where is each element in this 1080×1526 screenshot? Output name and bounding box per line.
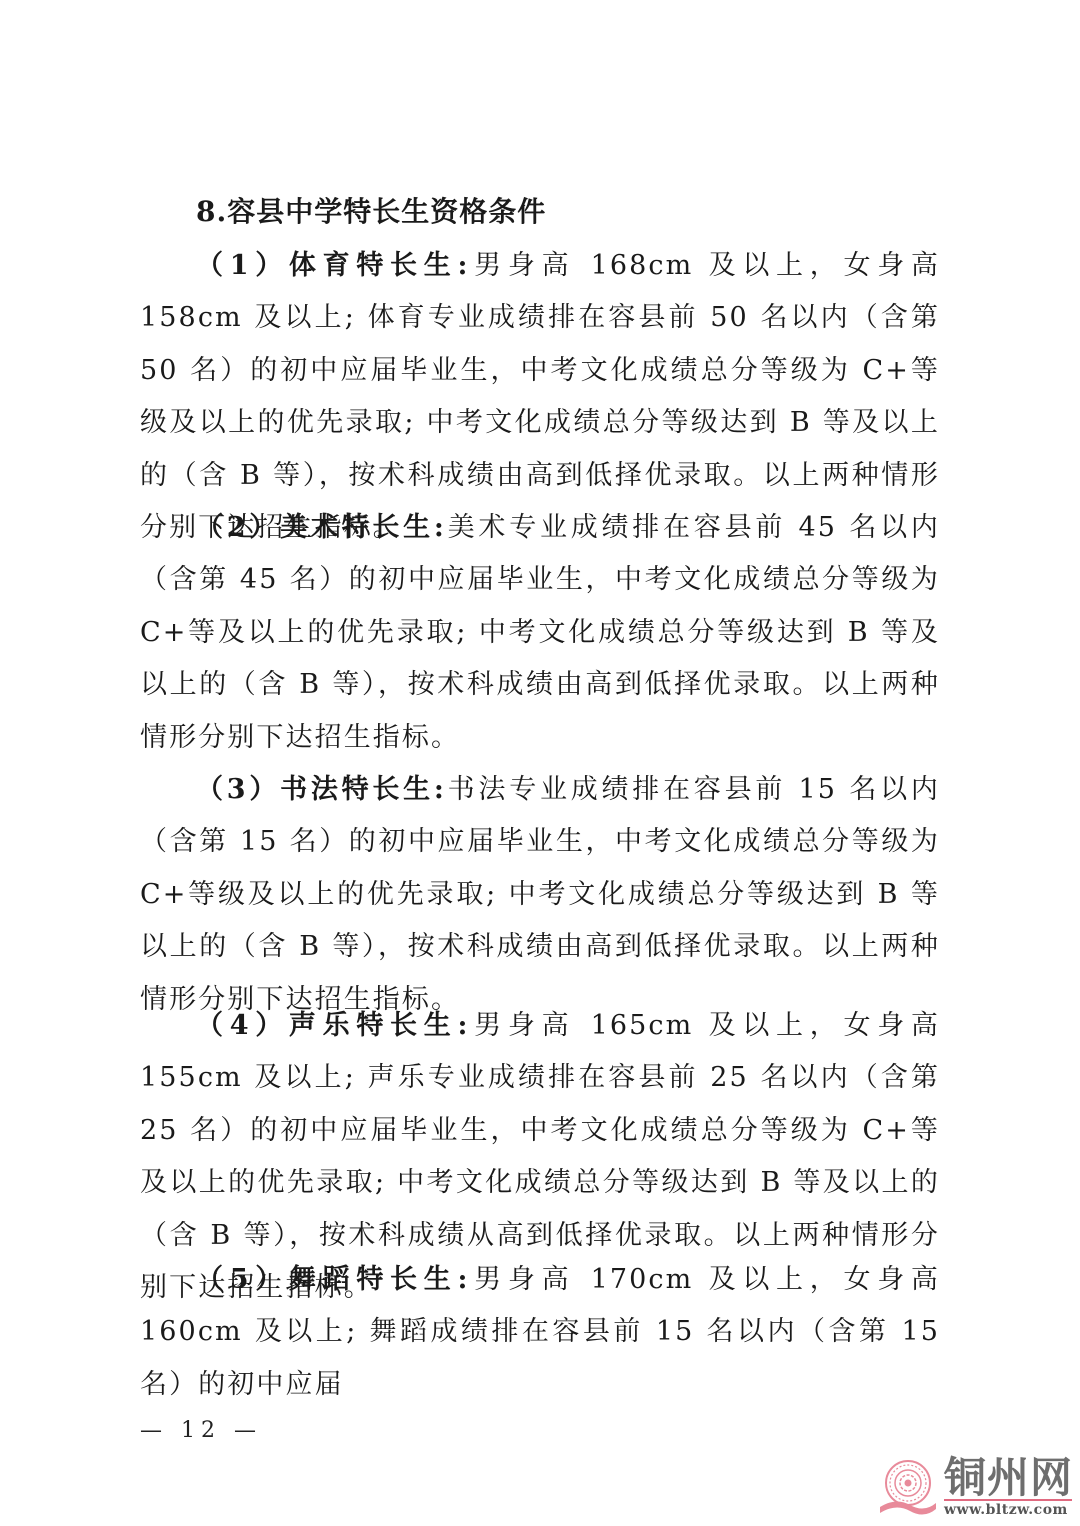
section-heading: 8.容县中学特长生资格条件 xyxy=(196,192,546,232)
watermark-logo-icon xyxy=(878,1457,938,1517)
paragraph-text: 美术专业成绩排在容县前 45 名以内（含第 45 名）的初中应届毕业生，中考文化… xyxy=(140,512,940,753)
paragraph-label: （4）声乐特长生: xyxy=(196,1010,470,1041)
paragraph-dance: （5）舞蹈特长生:男身高 170cm 及以上，女身高 160cm 及以上; 舞蹈… xyxy=(140,1254,940,1411)
document-page: 8.容县中学特长生资格条件 （1）体育特长生:男身高 168cm 及以上，女身高… xyxy=(0,0,1080,1526)
watermark-url: www.bltzw.com xyxy=(944,1502,1068,1518)
page-number: — 12 — xyxy=(140,1418,262,1443)
watermark-name: 铜州网 xyxy=(944,1455,1073,1501)
paragraph-text: 书法专业成绩排在容县前 15 名以内（含第 15 名）的初中应届毕业生，中考文化… xyxy=(140,774,940,1015)
paragraph-label: （1）体育特长生: xyxy=(196,250,470,281)
paragraph-label: （5）舞蹈特长生: xyxy=(196,1264,470,1295)
paragraph-label: （3）书法特长生: xyxy=(196,774,446,805)
paragraph-label: （2）美术特长生: xyxy=(196,512,446,543)
paragraph-art: （2）美术特长生:美术专业成绩排在容县前 45 名以内（含第 45 名）的初中应… xyxy=(140,502,940,764)
watermark: 铜州网 www.bltzw.com xyxy=(878,1455,1078,1520)
paragraph-calligraphy: （3）书法特长生:书法专业成绩排在容县前 15 名以内（含第 15 名）的初中应… xyxy=(140,764,940,1026)
watermark-divider xyxy=(944,1499,1072,1501)
paragraph-text: 男身高 168cm 及以上，女身高 158cm 及以上; 体育专业成绩排在容县前… xyxy=(140,250,940,543)
